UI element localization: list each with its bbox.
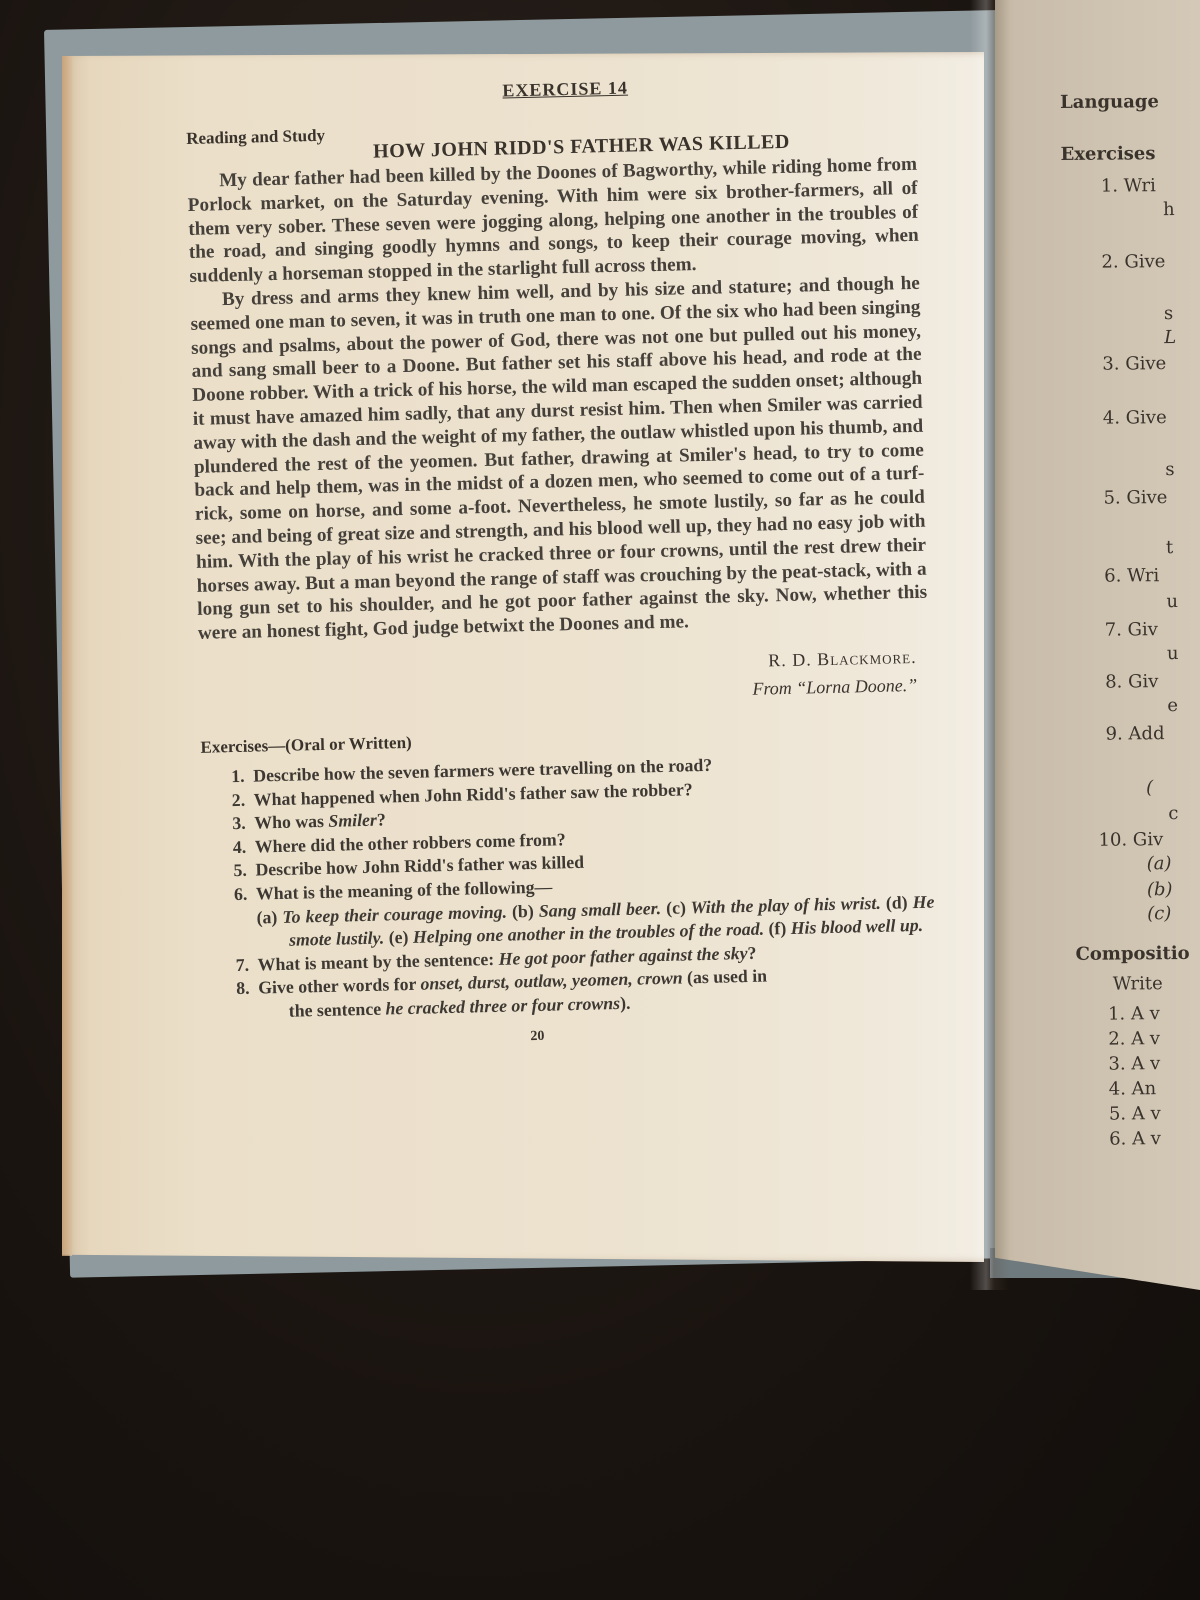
composition-heading: Compositio (1075, 943, 1189, 965)
sub-item-text: To keep their courage moving. (282, 901, 507, 926)
right-exercise-item: 6. Wri (1104, 565, 1159, 586)
question-text-part: the sentence (289, 998, 386, 1020)
right-exercise-item: t (1166, 537, 1173, 558)
book-gutter (970, 0, 1010, 1290)
right-exercise-item: h (1163, 199, 1175, 220)
right-exercise-item: ( (1146, 777, 1153, 798)
item-text: Wri (1124, 175, 1156, 196)
item-text: Giv (1128, 619, 1158, 640)
right-exercise-item: s (1164, 303, 1173, 324)
item-text: s (1164, 303, 1173, 324)
item-text: ( (1146, 777, 1153, 798)
question-number: 4. (233, 835, 256, 859)
question-number: 7. (235, 953, 258, 977)
right-exercise-item: 1. Wri (1101, 175, 1156, 196)
story-text: My dear father had been killed by the Do… (187, 153, 928, 646)
item-text: u (1167, 643, 1179, 664)
attribution: R. D. Blackmore. From “Lorna Doone.” (198, 643, 929, 716)
item-text: Give (1126, 487, 1167, 508)
question-number: 2. (232, 788, 255, 812)
question-text-part: ? (377, 810, 386, 830)
item-text: (b) (1147, 879, 1173, 900)
right-exercise-item: e (1167, 695, 1178, 716)
left-page-content: EXERCISE 14 Reading and Study HOW JOHN R… (185, 71, 938, 1053)
question-number: 3. (232, 812, 255, 836)
right-exercise-item: (b) (1147, 879, 1173, 900)
item-text: s (1165, 459, 1174, 480)
question-list: 1. Describe how the seven farmers were t… (201, 749, 937, 1026)
question-text-part: ? (747, 942, 756, 962)
sub-item-label: (c) (666, 897, 686, 917)
composition-item: 3. A v (1108, 1053, 1160, 1074)
item-number: 6. (1104, 565, 1127, 586)
sub-item-label: (f) (768, 918, 786, 938)
composition-item: 2. A v (1108, 1028, 1160, 1049)
question-text-part: Who was (254, 811, 329, 833)
sub-item-label: (d) (886, 892, 908, 913)
question-number: 6. (234, 882, 257, 906)
question-number: 8. (236, 977, 259, 1001)
sub-item-label: (e) (388, 927, 408, 947)
right-exercise-item: 2. Give (1101, 251, 1165, 273)
left-page-edge (62, 56, 72, 1256)
right-exercise-item: (a) (1147, 853, 1172, 874)
sub-item-label: (b) (512, 901, 534, 922)
right-exercise-item: 4. Give (1103, 407, 1167, 429)
item-text: c (1168, 803, 1178, 824)
question-number: 1. (231, 765, 254, 789)
composition-item: 4. An (1109, 1078, 1157, 1099)
sub-item-text: His blood well up. (790, 915, 923, 938)
right-exercise-item: (c) (1147, 903, 1171, 924)
right-exercise-item: L (1164, 327, 1176, 348)
right-exercise-item: 3. Give (1102, 353, 1166, 375)
item-text: Giv (1133, 829, 1163, 850)
item-number: 8. (1105, 671, 1128, 692)
sub-item-label: (a) (256, 907, 277, 927)
item-text: u (1166, 591, 1178, 612)
item-number: 10. (1098, 829, 1133, 850)
item-text: t (1166, 537, 1173, 558)
right-exercise-item: 5. Give (1103, 487, 1167, 509)
composition-item: 1. A v (1108, 1003, 1160, 1024)
question-text-part: What is meant by the sentence: (257, 949, 498, 975)
story-paragraph: By dress and arms they knew him well, an… (190, 272, 928, 646)
sub-item-text: With the play of his wrist. (690, 892, 881, 916)
item-text: Give (1125, 353, 1166, 374)
story-paragraph: My dear father had been killed by the Do… (187, 153, 920, 289)
right-page-heading: Language (1060, 91, 1159, 113)
right-exercise-item: u (1167, 643, 1179, 664)
item-text: (c) (1147, 903, 1171, 924)
question-text-part: (as used in (682, 966, 767, 988)
item-number: 9. (1106, 723, 1129, 744)
item-number: 2. (1101, 251, 1124, 272)
composition-intro: Write (1113, 973, 1163, 994)
item-text: Giv (1128, 671, 1158, 692)
item-number: 3. (1102, 353, 1125, 374)
item-number: 4. (1103, 407, 1126, 428)
right-exercise-item: c (1168, 803, 1178, 824)
right-exercise-item: 7. Giv (1105, 619, 1158, 640)
item-text: h (1163, 199, 1175, 220)
right-exercises-heading: Exercises (1060, 143, 1155, 165)
composition-item: 5. A v (1109, 1103, 1161, 1124)
right-exercise-item: u (1166, 591, 1178, 612)
item-number: 5. (1103, 487, 1126, 508)
question-emphasis: he cracked three or four crowns (385, 993, 620, 1019)
item-text: (a) (1147, 853, 1172, 874)
question-emphasis: He got poor father against the sky (498, 943, 747, 969)
sub-item-text: Sang small beer. (539, 898, 662, 921)
right-exercise-item: s (1165, 459, 1174, 480)
item-text: L (1164, 327, 1176, 348)
right-exercise-item: 10. Giv (1098, 829, 1163, 851)
item-number: 1. (1101, 175, 1124, 196)
question-emphasis: onset, durst, outlaw, yeomen, crown (420, 968, 683, 994)
question-emphasis: Smiler (328, 810, 377, 831)
question-number: 5. (233, 859, 256, 883)
item-text: Add (1128, 723, 1164, 744)
item-text: e (1167, 695, 1178, 716)
item-text: Give (1124, 251, 1165, 272)
question-text-part: ). (620, 993, 631, 1013)
right-exercise-item: 8. Giv (1105, 671, 1158, 692)
composition-item: 6. A v (1109, 1128, 1161, 1149)
item-text: Wri (1127, 565, 1159, 586)
item-number: 7. (1105, 619, 1128, 640)
right-exercise-item: 9. Add (1106, 723, 1165, 745)
question-text-part: Give other words for (258, 974, 421, 998)
item-text: Give (1126, 407, 1167, 428)
